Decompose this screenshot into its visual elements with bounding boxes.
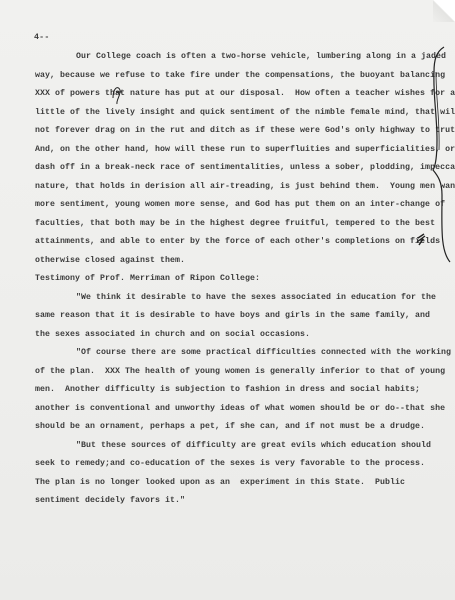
quote-line: of the plan. XXX The health of young wom… <box>35 367 445 377</box>
quote-line: "Of course there are some practical diff… <box>76 348 451 358</box>
quote-line: "But these sources of difficulty are gre… <box>76 441 431 451</box>
text-line: attainments, and able to enter by the fo… <box>35 237 440 247</box>
text-line: faculties, that both may be in the highe… <box>35 219 435 229</box>
text-line: And, on the other hand, how will these r… <box>35 145 455 155</box>
text-line: not forever drag on in the rut and ditch… <box>35 126 455 136</box>
text-line: nature, that holds in derision all air-t… <box>35 182 455 192</box>
quote-line: sentiment decidely favors it." <box>35 496 185 506</box>
text-line: way, because we refuse to take fire unde… <box>35 71 445 81</box>
quote-line: "We think it desirable to have the sexes… <box>76 293 436 303</box>
text-line: XXX of powers that nature has put at our… <box>35 89 455 99</box>
text-line: otherwise closed against them. <box>35 256 185 266</box>
quote-line: seek to remedy;and co-education of the s… <box>35 459 425 469</box>
text-line: more sentiment, young women more sense, … <box>35 200 445 210</box>
quote-line: The plan is no longer looked upon as an … <box>35 478 405 488</box>
text-line: Our College coach is often a two-horse v… <box>76 52 446 62</box>
section-heading: Testimony of Prof. Merriman of Ripon Col… <box>35 274 260 284</box>
quote-line: men. Another difficulty is subjection to… <box>35 385 420 395</box>
quote-line: another is conventional and unworthy ide… <box>35 404 445 414</box>
page-corner <box>433 0 455 22</box>
document-page: 4-- Our College coach is often a two-hor… <box>0 0 455 600</box>
text-line: dash off in a break-neck race of sentime… <box>35 163 455 173</box>
page-number: 4-- <box>34 33 50 42</box>
quote-line: the sexes associated in church and on so… <box>35 330 310 340</box>
quote-line: should be an ornament, perhaps a pet, if… <box>35 422 425 432</box>
text-line: little of the lively insight and quick s… <box>35 108 455 118</box>
quote-line: same reason that it is desirable to have… <box>35 311 430 321</box>
